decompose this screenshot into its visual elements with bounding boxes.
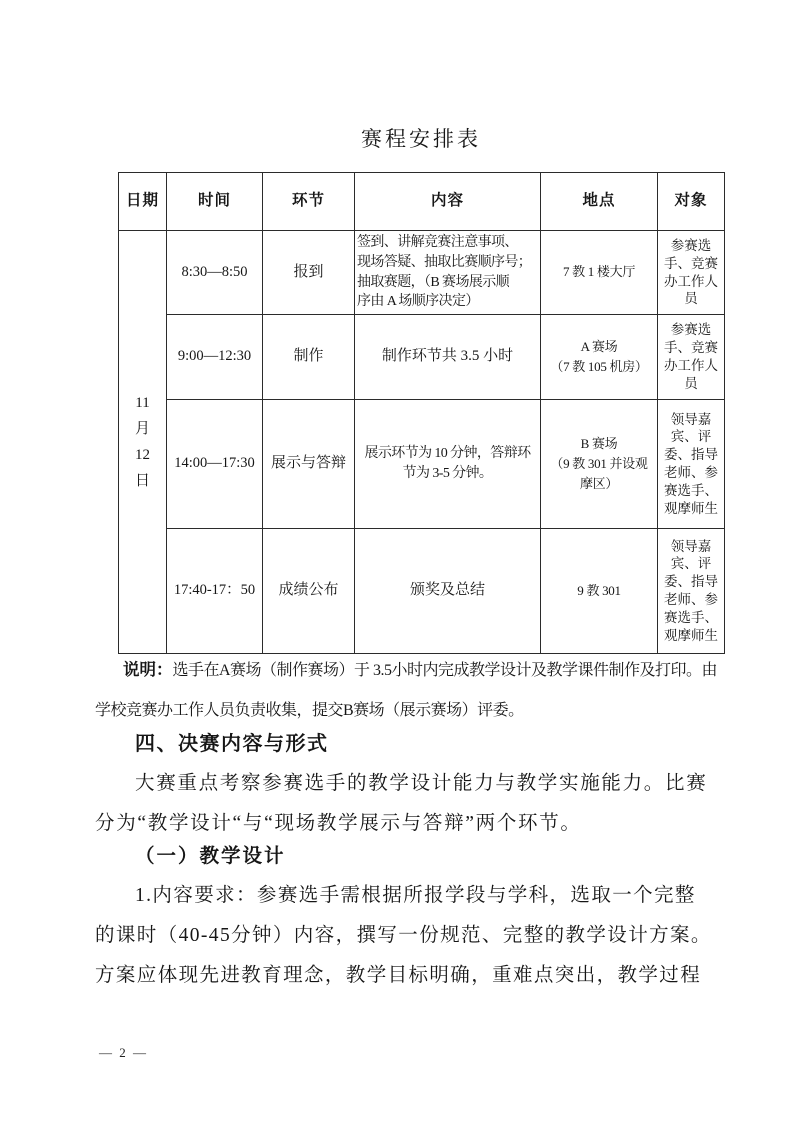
section-heading: 四、决赛内容与形式 xyxy=(95,727,723,756)
table-row: 17:40-17：50 成绩公布 颁奖及总结 9 教 301 领导嘉宾、评委、指… xyxy=(119,529,725,654)
cell-time: 14:00—17:30 xyxy=(167,400,263,529)
page-number: — 2 — xyxy=(99,1045,148,1061)
cell-audience: 参赛选手、竞赛办工作人员 xyxy=(658,315,725,400)
notes-paragraph: 说明：选手在A赛场（制作赛场）于 3.5小时内完成教学设计及教学课件制作及打印。… xyxy=(95,650,723,731)
cell-content: 展示环节为 10 分钟，答辩环 节为 3-5 分钟。 xyxy=(355,400,541,529)
document-page: 赛程安排表 日期 时间 环节 内容 地点 对象 11 月 12 日 8:30—8… xyxy=(0,0,800,1131)
cell-audience: 参赛选手、竞赛办工作人员 xyxy=(658,231,725,315)
cell-time: 8:30—8:50 xyxy=(167,231,263,315)
table-header-row: 日期 时间 环节 内容 地点 对象 xyxy=(119,173,725,231)
notes-text: 选手在A赛场（制作赛场）于 3.5小时内完成教学设计及教学课件制作及打印。由 学… xyxy=(95,662,717,719)
cell-stage: 展示与答辩 xyxy=(263,400,355,529)
table-row: 11 月 12 日 8:30—8:50 报到 签到、讲解竞赛注意事项、 现场答疑… xyxy=(119,231,725,315)
section-paragraph-1: 大赛重点考察参赛选手的教学设计能力与教学实施能力。比赛 分为“教学设计“与“现场… xyxy=(95,764,725,844)
notes-label: 说明： xyxy=(123,661,173,679)
table-row: 14:00—17:30 展示与答辩 展示环节为 10 分钟，答辩环 节为 3-5… xyxy=(119,400,725,529)
cell-location: 7 教 1 楼大厅 xyxy=(541,231,658,315)
cell-location: B 赛场 （9 教 301 并设观 摩区） xyxy=(541,400,658,529)
schedule-table: 日期 时间 环节 内容 地点 对象 11 月 12 日 8:30—8:50 报到… xyxy=(118,172,725,654)
cell-date: 11 月 12 日 xyxy=(119,231,167,654)
cell-stage: 制作 xyxy=(263,315,355,400)
cell-content: 颁奖及总结 xyxy=(355,529,541,654)
cell-stage: 成绩公布 xyxy=(263,529,355,654)
header-content: 内容 xyxy=(355,173,541,231)
header-stage: 环节 xyxy=(263,173,355,231)
cell-content: 制作环节共 3.5 小时 xyxy=(355,315,541,400)
header-audience: 对象 xyxy=(658,173,725,231)
section-paragraph-2: 1.内容要求：参赛选手需根据所报学段与学科，选取一个完整 的课时（40-45分钟… xyxy=(95,876,725,996)
cell-audience: 领导嘉宾、评委、指导老师、参赛选手、观摩师生 xyxy=(658,400,725,529)
header-location: 地点 xyxy=(541,173,658,231)
cell-audience: 领导嘉宾、评委、指导老师、参赛选手、观摩师生 xyxy=(658,529,725,654)
header-time: 时间 xyxy=(167,173,263,231)
cell-time: 17:40-17：50 xyxy=(167,529,263,654)
header-date: 日期 xyxy=(119,173,167,231)
cell-location: A 赛场 （7 教 105 机房） xyxy=(541,315,658,400)
cell-time: 9:00—12:30 xyxy=(167,315,263,400)
section-subheading: （一）教学设计 xyxy=(95,840,723,868)
page-title: 赛程安排表 xyxy=(118,123,724,153)
cell-stage: 报到 xyxy=(263,231,355,315)
cell-content: 签到、讲解竞赛注意事项、 现场答疑、抽取比赛顺序号； 抽取赛题，（B 赛场展示顺… xyxy=(355,231,541,315)
cell-location: 9 教 301 xyxy=(541,529,658,654)
table-row: 9:00—12:30 制作 制作环节共 3.5 小时 A 赛场 （7 教 105… xyxy=(119,315,725,400)
